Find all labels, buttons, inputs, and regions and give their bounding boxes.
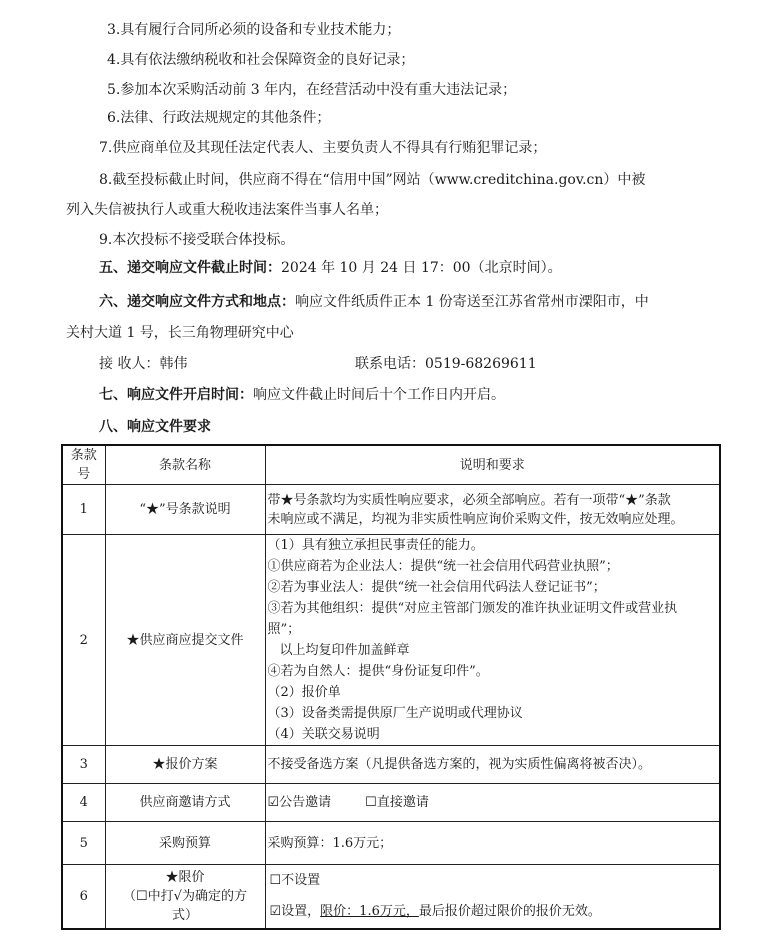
table-row: 6 ★限价 （☐中打√为确定的方 式） ☐不设置 ☑设置，限价：1.6万元，最后… [62,865,720,929]
clause-no: 1 [62,485,105,535]
checkbox-no-limit-unchecked-icon[interactable]: ☐ [270,873,282,888]
table-row: 2 ★供应商应提交文件 （1）具有独立承担民事责任的能力。 ①供应商若为企业法人… [62,535,720,746]
option-set-limit-prefix: 设置， [281,904,320,919]
clause-desc: 带★号条款均为实质性响应要求，必须全部响应。若有一项带“★”条款 未响应或不满足… [265,485,720,535]
table-row: 5 采购预算 采购预算：1.6万元； [62,822,720,865]
clause-name: ★供应商应提交文件 [105,535,265,746]
contact-phone: 联系电话：0519-68269611 [355,354,537,374]
section-5-heading: 五、递交响应文件截止时间： [99,260,281,276]
desc-line: ④若为自然人：提供“身份证复印件”。 [268,661,718,682]
receiver: 接 收人：韩伟 [99,354,187,374]
condition-3: 3.具有履行合同所必须的设备和专业技术能力； [107,20,400,40]
checkbox-set-limit-checked-icon[interactable]: ☑ [270,904,282,919]
desc-line: 以上均复印件加盖鲜章 [268,640,718,661]
header-clause-name: 条款名称 [105,445,265,485]
section-6-text: 响应文件纸质件正本 1 份寄送至江苏省常州市溧阳市，中 [295,294,649,310]
clause-no: 2 [62,535,105,746]
section-6-heading: 六、递交响应文件方式和地点： [99,294,295,310]
clause-name: ★限价 （☐中打√为确定的方 式） [105,865,265,929]
section-6: 六、递交响应文件方式和地点：响应文件纸质件正本 1 份寄送至江苏省常州市溧阳市，… [99,292,649,312]
option-set-limit: ☑设置，限价：1.6万元，最后报价超过限价的报价无效。 [268,902,718,921]
condition-8: 8.截至投标截止时间，供应商不得在“信用中国”网站（www.creditchin… [99,170,645,190]
clause-no: 3 [62,746,105,784]
condition-8-cont: 列入失信被执行人或重大税收违法案件当事人名单； [66,200,388,220]
desc-line: 未响应或不满足，均视为非实质性响应询价采购文件，按无效响应处理。 [268,510,718,529]
option-no-limit-label: 不设置 [281,873,320,888]
header-clause-no: 条款号 [62,445,105,485]
clause-name: 供应商邀请方式 [105,784,265,822]
clause-name-line: 式） [108,906,263,925]
option-set-limit-suffix: 最后报价超过限价的报价无效。 [419,904,601,919]
clause-no: 5 [62,822,105,865]
option-announcement-invite: 公告邀请 [279,795,331,810]
option-no-limit: ☐不设置 [268,871,718,890]
desc-line: 带★号条款均为实质性响应要求，必须全部响应。若有一项带“★”条款 [268,491,718,510]
table-row: 1 “★”号条款说明 带★号条款均为实质性响应要求，必须全部响应。若有一项带“★… [62,485,720,535]
section-5: 五、递交响应文件截止时间：2024 年 10 月 24 日 17：00（北京时间… [99,258,562,278]
table-row: 3 ★报价方案 不接受备选方案（凡提供备选方案的，视为实质性偏离将被否决）。 [62,746,720,784]
section-7-text: 响应文件截止时间后十个工作日内开启。 [253,387,505,403]
option-direct-invite: 直接邀请 [377,795,429,810]
clause-name-line: ★限价 [108,868,263,887]
header-description: 说明和要求 [265,445,720,485]
section-7: 七、响应文件开启时间：响应文件截止时间后十个工作日内开启。 [99,385,505,405]
desc-line: ②若为事业法人：提供“统一社会信用代码法人登记证书”； [268,577,718,598]
desc-line: （3）设备类需提供原厂生产说明或代理协议 [268,703,718,724]
checkbox-direct-unchecked-icon[interactable]: ☐ [365,795,377,810]
price-limit-value: 限价：1.6万元， [320,904,419,919]
condition-6: 6.法律、行政法规规定的其他条件； [107,108,330,128]
condition-7: 7.供应商单位及其现任法定代表人、主要负责人不得具有行贿犯罪记录； [99,138,546,158]
condition-5: 5.参加本次采购活动前 3 年内，在经营活动中没有重大违法记录； [107,80,516,100]
section-5-text: 2024 年 10 月 24 日 17：00（北京时间）。 [281,260,562,276]
desc-line: ①供应商若为企业法人：提供“统一社会信用代码营业执照”； [268,556,718,577]
table-header-row: 条款号 条款名称 说明和要求 [62,445,720,485]
desc-line: 照”； [268,619,718,640]
table-row: 4 供应商邀请方式 ☑公告邀请☐直接邀请 [62,784,720,822]
clause-name: ★报价方案 [105,746,265,784]
desc-line: ③若为其他组织：提供“对应主管部门颁发的准许执业证明文件或营业执 [268,598,718,619]
checkbox-announcement-checked-icon[interactable]: ☑ [268,795,280,810]
clause-name: “★”号条款说明 [105,485,265,535]
clause-name-line: （☐中打√为确定的方 [108,887,263,906]
clause-desc: 不接受备选方案（凡提供备选方案的，视为实质性偏离将被否决）。 [265,746,720,784]
clause-desc: ☐不设置 ☑设置，限价：1.6万元，最后报价超过限价的报价无效。 [265,865,720,929]
section-7-heading: 七、响应文件开启时间： [99,387,253,403]
desc-line: （2）报价单 [268,682,718,703]
section-8-heading: 八、响应文件要求 [99,417,211,437]
clause-desc: 采购预算：1.6万元； [265,822,720,865]
requirements-table: 条款号 条款名称 说明和要求 1 “★”号条款说明 带★号条款均为实质性响应要求… [61,444,721,930]
clause-desc: （1）具有独立承担民事责任的能力。 ①供应商若为企业法人：提供“统一社会信用代码… [265,535,720,746]
condition-4: 4.具有依法缴纳税收和社会保障资金的良好记录； [107,50,414,70]
clause-desc: ☑公告邀请☐直接邀请 [265,784,720,822]
clause-no: 6 [62,865,105,929]
section-6-address-cont: 关村大道 1 号，长三角物理研究中心 [66,323,294,343]
clause-name: 采购预算 [105,822,265,865]
clause-no: 4 [62,784,105,822]
desc-line: （4）关联交易说明 [268,724,718,745]
condition-9: 9.本次投标不接受联合体投标。 [99,230,294,250]
desc-line: （1）具有独立承担民事责任的能力。 [268,535,718,556]
